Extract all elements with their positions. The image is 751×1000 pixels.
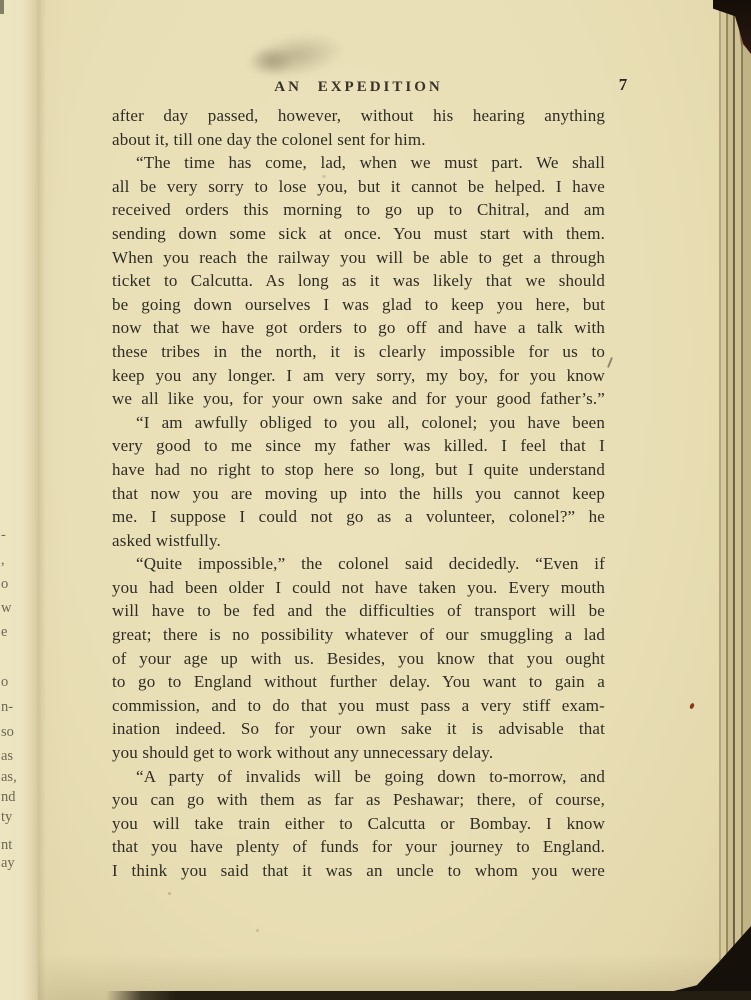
paper-speck [256, 929, 259, 932]
text-line: about it, till one day the colonel sent … [112, 128, 605, 152]
margin-letter-fragment: o [1, 577, 8, 591]
text-line: you will take train either to Calcutta o… [112, 812, 605, 836]
text-line: you can go with them as far as Peshawar;… [112, 788, 605, 812]
margin-letter-fragment: n- [1, 700, 13, 714]
text-line: have had no right to stop here so long, … [112, 458, 605, 482]
text-line: sending down some sick at once. You must… [112, 222, 605, 246]
text-line: very good to me since my father was kill… [112, 434, 605, 458]
text-line: you should get to work without any unnec… [112, 741, 605, 765]
margin-letter-fragment: so [1, 725, 14, 739]
text-line: commission, and to do that you must pass… [112, 694, 605, 718]
text-line: all be very sorry to lose you, but it ca… [112, 175, 605, 199]
margin-letter-fragment: nd [1, 790, 16, 804]
paragraph: “I am awfully obliged to you all, colone… [112, 411, 605, 553]
text-line: of your age up with us. Besides, you kno… [112, 647, 605, 671]
text-line: keep you any longer. I am very sorry, my… [112, 364, 605, 388]
paragraph: after day passed, however, without his h… [112, 104, 605, 151]
page-number: 7 [610, 75, 636, 95]
left-margin-letter-fragments: -,oweon-soasas,ndtyntay [0, 0, 16, 1000]
fore-edge-page-stack [719, 0, 751, 1000]
text-line: “The time has come, lad, when we must pa… [112, 151, 605, 175]
text-line: to go to England without further delay. … [112, 670, 605, 694]
text-line: ticket to Calcutta. As long as it was li… [112, 269, 605, 293]
text-line: that you have plenty of funds for your j… [112, 835, 605, 859]
paper-speck [322, 175, 326, 178]
running-title: AN EXPEDITION [112, 79, 605, 96]
text-line: “Quite impossible,” the colonel said dec… [112, 552, 605, 576]
text-line: me. I suppose I could not go as a volunt… [112, 505, 605, 529]
margin-letter-fragment: ty [1, 810, 12, 824]
text-line: these tribes in the north, it is clearly… [112, 340, 605, 364]
bottom-page-edge-shadow [106, 991, 751, 1000]
margin-letter-fragment: , [1, 553, 5, 567]
margin-letter-fragment: e [1, 625, 7, 639]
text-line: “I am awfully obliged to you all, colone… [112, 411, 605, 435]
text-line: that now you are moving up into the hill… [112, 482, 605, 506]
margin-letter-fragment: w [1, 601, 11, 615]
margin-letter-fragment: - [1, 528, 6, 542]
book-page-scan: { "header": { "running_title": "AN EXPED… [0, 0, 751, 1000]
margin-letter-fragment: as, [1, 770, 17, 784]
text-line: we all like you, for your own sake and f… [112, 387, 605, 411]
text-line: asked wistfully. [112, 529, 605, 553]
paragraph: “Quite impossible,” the colonel said dec… [112, 552, 605, 764]
text-line: will have to be fed and the difficulties… [112, 599, 605, 623]
body-text-block: after day passed, however, without his h… [112, 104, 605, 883]
margin-letter-fragment: o [1, 675, 8, 689]
text-line: you had been older I could not have take… [112, 576, 605, 600]
paragraph: “The time has come, lad, when we must pa… [112, 151, 605, 411]
margin-letter-fragment: ay [1, 856, 15, 870]
text-line: received orders this morning to go up to… [112, 198, 605, 222]
paper-speck [168, 892, 171, 895]
text-line: “A party of invalids will be going down … [112, 765, 605, 789]
margin-letter-fragment: as [1, 749, 13, 763]
margin-letter-fragment: nt [1, 838, 12, 852]
text-line: great; there is no possibility whatever … [112, 623, 605, 647]
text-line: after day passed, however, without his h… [112, 104, 605, 128]
text-line: ination indeed. So for your own sake it … [112, 717, 605, 741]
paragraph: “A party of invalids will be going down … [112, 765, 605, 883]
text-line: be going down ourselves I was glad to ke… [112, 293, 605, 317]
text-line: now that we have got orders to go off an… [112, 316, 605, 340]
text-line: I think you said that it was an uncle to… [112, 859, 605, 883]
text-line: When you reach the railway you will be a… [112, 246, 605, 270]
